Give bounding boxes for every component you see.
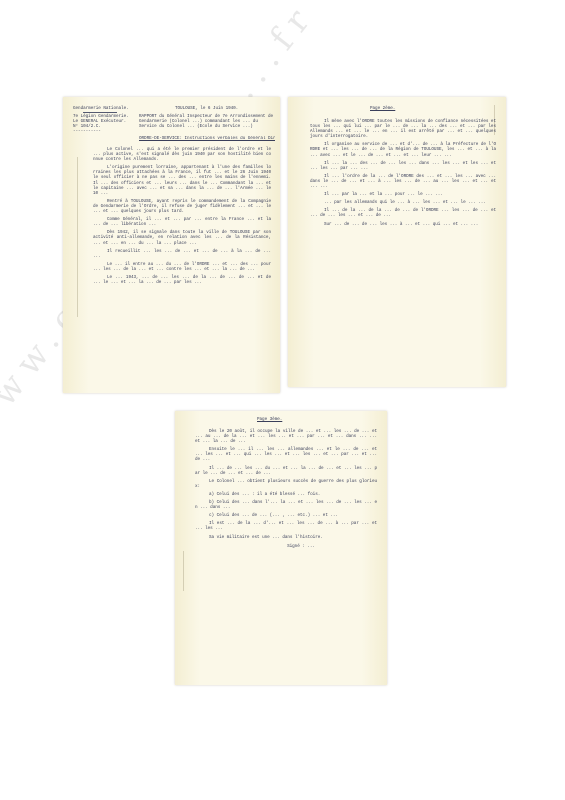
margin-mark (77, 157, 78, 317)
paragraph: L'origine purement lorraine, appartenant… (93, 165, 271, 196)
paragraph: Le Colonel ... qui a été le premier prés… (93, 147, 271, 162)
list-item: a) Celui des ... : il a été blessé ... f… (195, 492, 377, 497)
margin-mark (183, 551, 184, 591)
divider (83, 112, 117, 113)
page-title: Page 3ème. (257, 417, 282, 422)
paragraph: Il ... de ... les ... du ... et ... la .… (195, 466, 377, 476)
objet-line: ORDRE-DE-SERVICE: Instructions verbales … (139, 136, 275, 141)
page-title: Page 2ème. (370, 106, 395, 111)
paragraph: Le ... 1943, ... de ... les ... de la ..… (93, 275, 271, 285)
paragraph: Dès le 20 août, il occupe la ville de ..… (195, 429, 377, 444)
paragraph: Ensuite le ... il ... les ... allemandes… (195, 447, 377, 462)
paragraph: Rentré à TOULOUSE, ayant repris le comma… (93, 199, 271, 214)
date-line: TOULOUSE, le 6 Juin 1940. (175, 106, 238, 111)
paragraph: Dès 1942, il se signale dans toute la vi… (93, 230, 271, 245)
document-page-1: Gendarmerie Nationale. 7e Légion Gendarm… (63, 97, 280, 393)
paragraph: Le Colonel ... obtient plusieurs succès … (195, 479, 377, 489)
paragraph: Il mène avec l'ORDRE toutes les missions… (310, 119, 496, 139)
document-page-3: Page 3ème. Dès le 20 août, il occupe la … (175, 411, 387, 685)
body-text: Dès le 20 août, il occupe la ville de ..… (195, 429, 377, 549)
letterhead-line: Gendarmerie Nationale. (73, 106, 135, 111)
letterhead: Gendarmerie Nationale. 7e Légion Gendarm… (73, 106, 135, 134)
list-item: c) Celui des ... de ... (... , ... etc.)… (195, 513, 377, 518)
paragraph: Sa vie militaire est une ... dans l'hist… (195, 535, 377, 540)
paragraph: Le ... il entre au ... du ... de l'ORDRE… (93, 262, 271, 272)
document-page-2: Page 2ème. Il mène avec l'ORDRE toutes l… (288, 97, 506, 387)
signature: Signé : ... (195, 544, 377, 549)
paragraph: Il organise au service de ... et d'... d… (310, 142, 496, 157)
subject: RAPPORT du Général Inspecteur de 7e Arro… (139, 114, 275, 129)
paragraph: Il ... par la ... et la ... pour ... le … (310, 192, 496, 197)
paragraph: Il recueillit ... les ... de ... et ... … (93, 249, 271, 259)
paragraph: Il ... la ... des ... de ... les ... dan… (310, 161, 496, 171)
body-text: Il mène avec l'ORDRE toutes les missions… (310, 119, 496, 230)
paragraph: ... par les allemands qui le ... à ... l… (310, 200, 496, 205)
body-text: Le Colonel ... qui a été le premier prés… (93, 147, 271, 288)
paragraph: Il ... l'ordre de la ... de l'ORDRE des … (310, 174, 496, 189)
letterhead-dashes: ----------- (73, 129, 135, 134)
paragraph: Comme Général, il ... et ... par ... ent… (93, 217, 271, 227)
list-item: b) Celui des ... dans l'... la ... et ..… (195, 500, 377, 510)
paragraph: Il est ... de la ... d'... et ... les ..… (195, 521, 377, 531)
paragraph: Il ... de la ... de la ... de ... de l'O… (310, 208, 496, 218)
paragraph: Sur ... de ... de ... les ... à ... et .… (310, 222, 496, 227)
